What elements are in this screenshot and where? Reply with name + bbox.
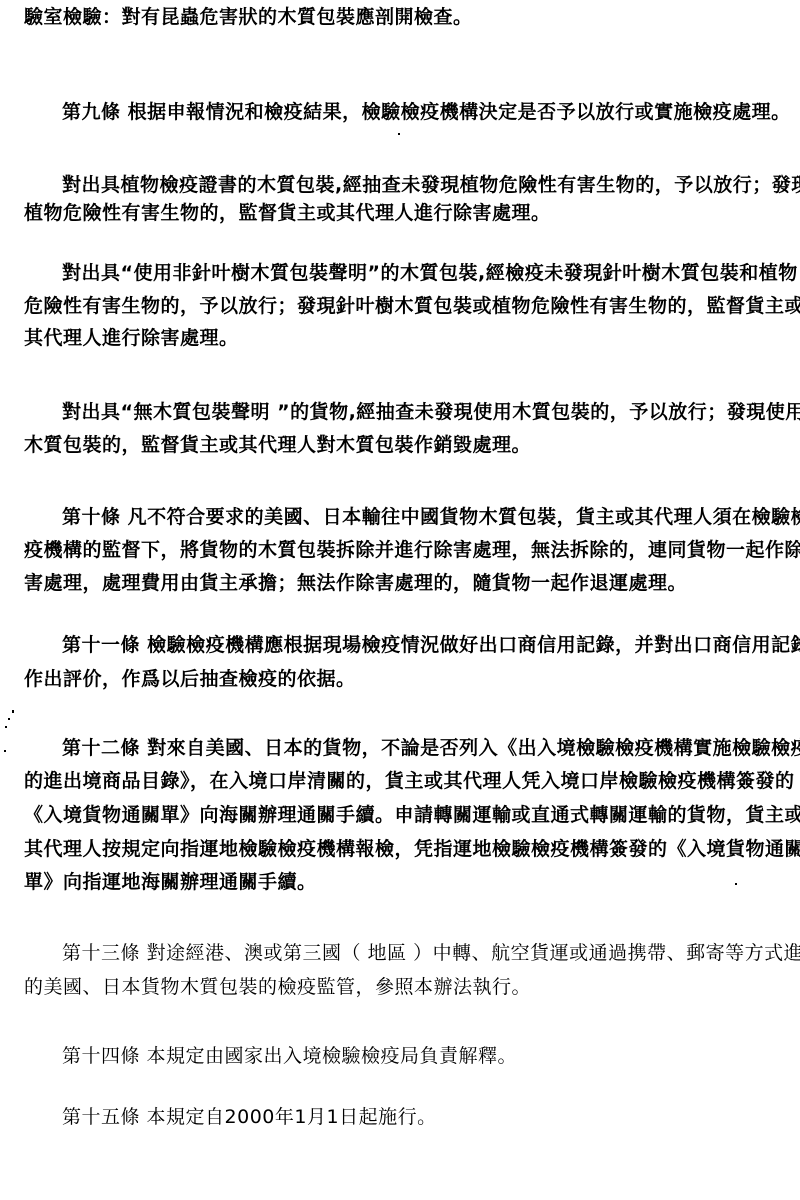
article-15-line: 第十五條 本規定自2000年1月1日起施行。 <box>62 1105 437 1129</box>
text-line: 疫機構的監督下，將貨物的木質包裝拆除并進行除害處理，無法拆除的，連同貨物一起作除 <box>24 538 800 562</box>
text-line: 植物危險性有害生物的，監督貨主或其代理人進行除害處理。 <box>24 201 551 225</box>
scan-speck <box>8 718 10 720</box>
text-line: 的美國、日本貨物木質包裝的檢疫監管，參照本辦法執行。 <box>24 975 531 999</box>
text-line: 其代理人按規定向指運地檢驗檢疫機構報檢，凭指運地檢驗檢疫機構簽發的《入境貨物通關 <box>24 837 800 861</box>
text-line: 對出具“使用非針叶樹木質包裝聲明”的木質包裝,經檢疫未發現針叶樹木質包裝和植物 <box>62 261 798 285</box>
text-line: 《入境貨物通關單》向海關辦理通關手續。申請轉關運輸或直通式轉關運輸的貨物，貨主或 <box>24 803 800 827</box>
article-9-line: 第九條 根据申報情況和檢疫結果，檢驗檢疫機構決定是否予以放行或實施檢疫處理。 <box>62 100 791 124</box>
text-line: 的進出境商品目錄》，在入境口岸清關的，貨主或其代理人凭入境口岸檢驗檢疫機構簽發的 <box>24 769 795 793</box>
scan-speck <box>735 883 737 885</box>
scan-speck <box>5 726 7 728</box>
scan-speck <box>398 133 400 135</box>
text-line: 對出具“無木質包裝聲明 ”的貨物,經抽查未發現使用木質包裝的，予以放行；發現使用 <box>62 400 800 424</box>
text-line: 單》向指運地海關辦理通關手續。 <box>24 870 317 894</box>
scan-speck <box>4 750 6 752</box>
text-line: 其代理人進行除害處理。 <box>24 326 239 350</box>
article-13-line: 第十三條 對途經港、澳或第三國（ 地區 ）中轉、航空貨運或通過携帶、郵寄等方式進… <box>62 941 800 965</box>
text-line: 驗室檢驗：對有昆蟲危害狀的木質包裝應剖開檢查。 <box>24 5 473 29</box>
text-line: 害處理，處理費用由貨主承擔；無法作除害處理的，隨貨物一起作退運處理。 <box>24 571 687 595</box>
scan-speck <box>12 710 14 713</box>
text-line: 對出具植物檢疫證書的木質包裝,經抽查未發現植物危險性有害生物的，予以放行；發現 <box>62 173 800 197</box>
article-10-line: 第十條 凡不符合要求的美國、日本輸往中國貨物木質包裝，貨主或其代理人須在檢驗檢 <box>62 505 800 529</box>
article-14-line: 第十四條 本規定由國家出入境檢驗檢疫局負責解釋。 <box>62 1044 517 1068</box>
text-line: 作出評价，作爲以后抽查檢疫的依据。 <box>24 667 356 691</box>
text-line: 木質包裝的，監督貨主或其代理人對木質包裝作銷毀處理。 <box>24 433 531 457</box>
article-11-line: 第十一條 檢驗檢疫機構應根据現場檢疫情況做好出口商信用記錄，并對出口商信用記錄 <box>62 633 800 657</box>
text-line: 危險性有害生物的，予以放行；發現針叶樹木質包裝或植物危險性有害生物的，監督貨主或 <box>24 294 800 318</box>
article-12-line: 第十二條 對來自美國、日本的貨物，不論是否列入《出入境檢驗檢疫機構實施檢驗檢疫 <box>62 736 800 760</box>
document-page: 驗室檢驗：對有昆蟲危害狀的木質包裝應剖開檢查。 第九條 根据申報情況和檢疫結果，… <box>0 0 800 1200</box>
